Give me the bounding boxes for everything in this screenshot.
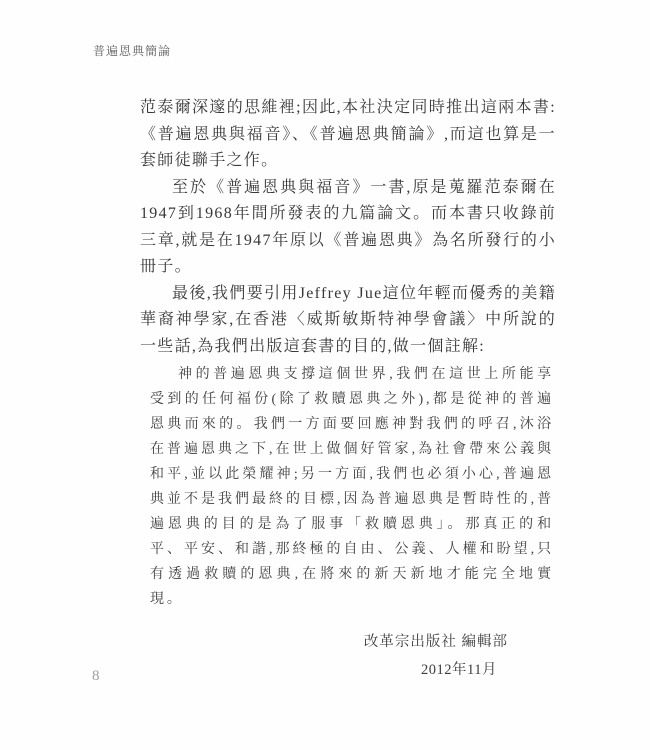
paragraph-about-book: 至於《普遍恩典與福音》一書,原是蒐羅范泰爾在1947到1968年間所發表的九篇論… [140, 175, 556, 281]
paragraph-quote-intro: 最後,我們要引用Jeffrey Jue這位年輕而優秀的美籍華裔神學家,在香港〈威… [140, 281, 556, 361]
block-quote: 神的普遍恩典支撐這個世界,我們在這世上所能享受到的任何福份(除了救贖恩典之外),… [150, 362, 554, 612]
page-number: 8 [92, 668, 100, 685]
main-text-block: 范泰爾深邃的思維裡;因此,本社決定同時推出這兩本書:《普遍恩典與福音》、《普遍恩… [140, 95, 556, 612]
publication-date: 2012年11月 [140, 658, 497, 679]
book-page: 普遍恩典簡論 范泰爾深邃的思維裡;因此,本社決定同時推出這兩本書:《普遍恩典與福… [0, 0, 650, 750]
publisher-signature: 改革宗出版社 編輯部 [140, 630, 508, 651]
paragraph-continuation: 范泰爾深邃的思維裡;因此,本社決定同時推出這兩本書:《普遍恩典與福音》、《普遍恩… [140, 95, 556, 175]
running-header: 普遍恩典簡論 [93, 42, 171, 59]
